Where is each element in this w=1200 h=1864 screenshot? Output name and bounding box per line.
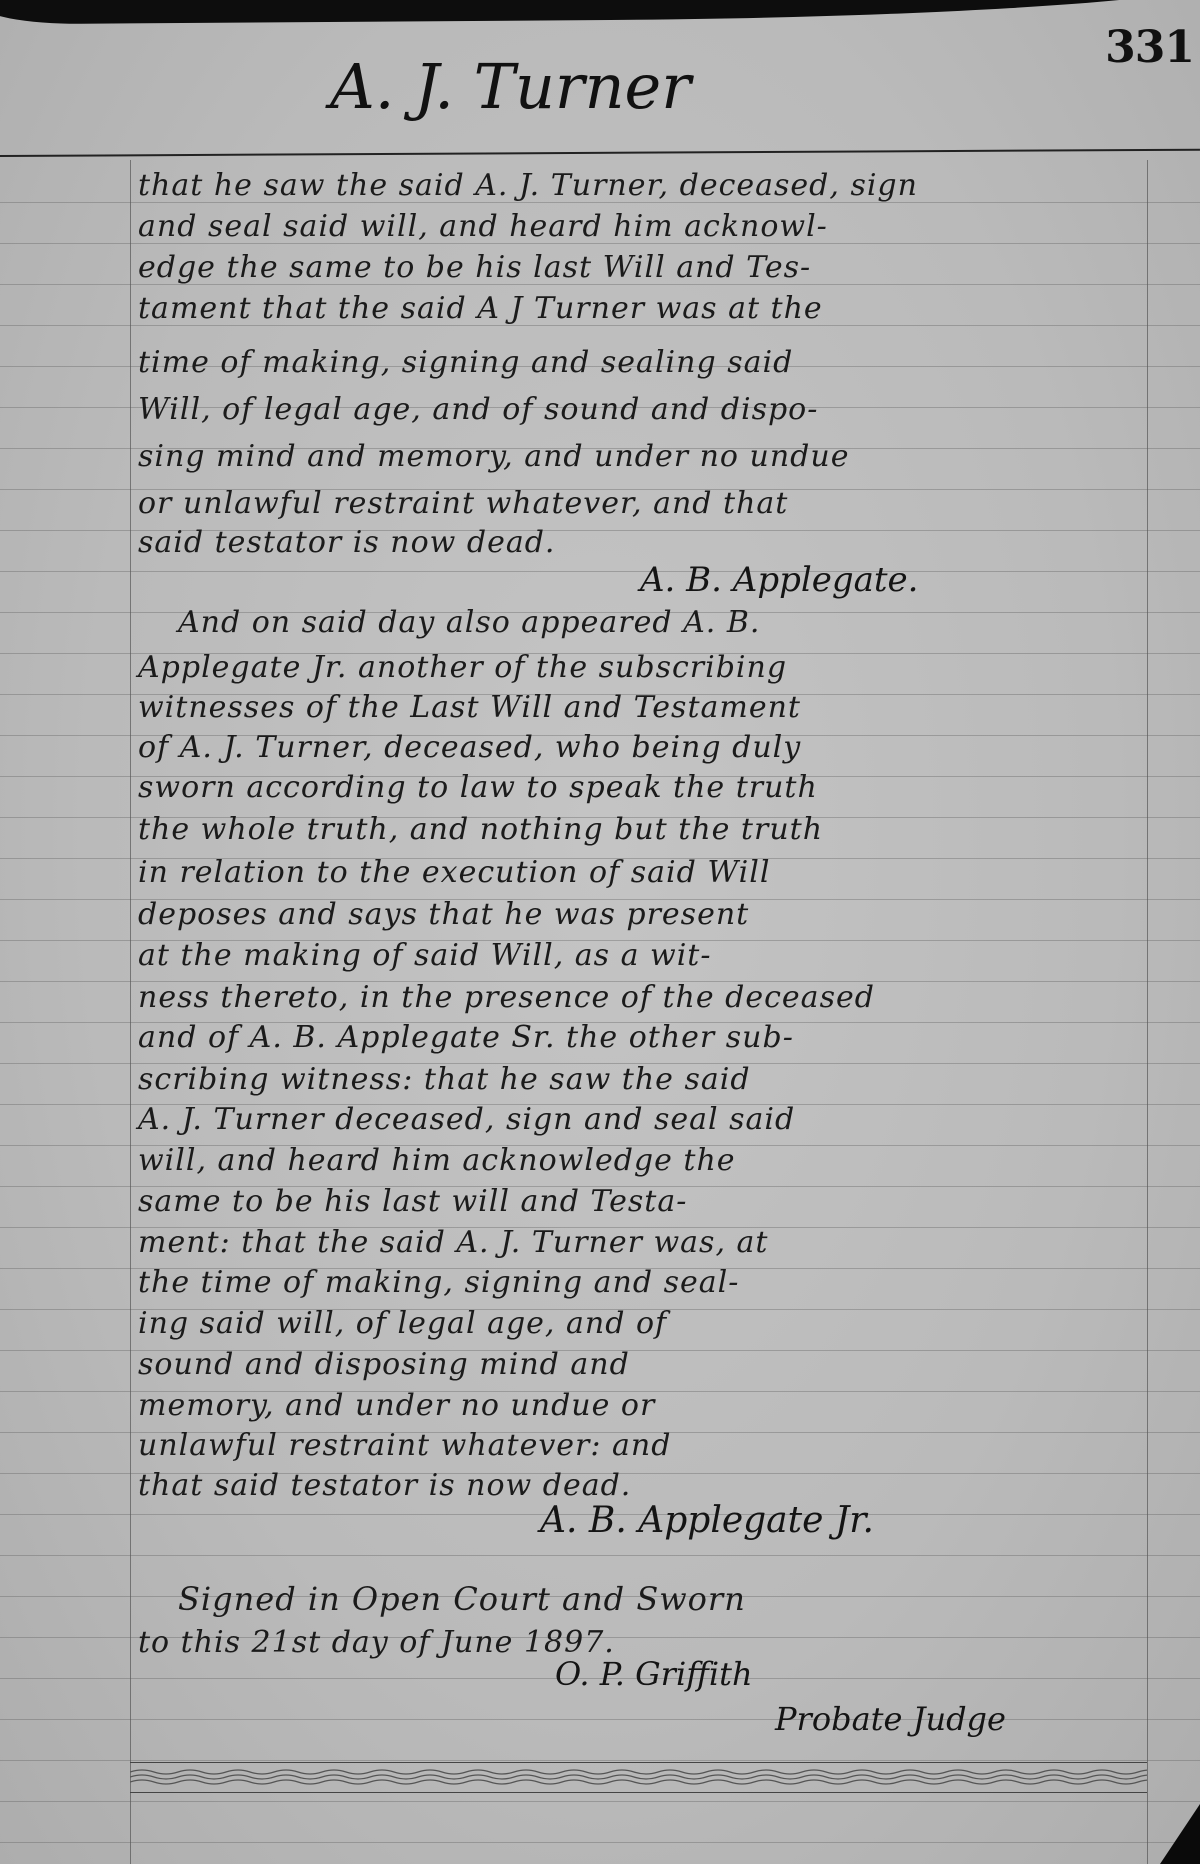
body-line: scribing witness: that he saw the said xyxy=(138,1062,1148,1097)
body-line: the time of making, signing and seal- xyxy=(138,1265,1148,1300)
witness-signature-2: A. B. Applegate Jr. xyxy=(540,1500,874,1541)
body-line: edge the same to be his last Will and Te… xyxy=(138,250,1148,285)
closing-rule-bottom xyxy=(130,1792,1147,1793)
body-line: tament that the said A J Turner was at t… xyxy=(138,291,1148,326)
body-line: witnesses of the Last Will and Testament xyxy=(138,690,1148,725)
ruled-line xyxy=(0,1801,1200,1802)
body-line: of A. J. Turner, deceased, who being dul… xyxy=(138,730,1148,765)
body-line: memory, and under no undue or xyxy=(138,1388,1148,1423)
judge-signature: O. P. Griffith xyxy=(555,1655,753,1693)
body-line: the whole truth, and nothing but the tru… xyxy=(138,812,1148,847)
witness-signature-1: A. B. Applegate. xyxy=(640,560,918,600)
body-line: Applegate Jr. another of the subscribing xyxy=(138,650,1148,685)
body-line: deposes and says that he was present xyxy=(138,897,1148,932)
body-line: in relation to the execution of said Wil… xyxy=(138,855,1148,890)
judge-title: Probate Judge xyxy=(775,1700,1006,1738)
body-line: ing said will, of legal age, and of xyxy=(138,1306,1148,1341)
ruled-line xyxy=(0,1760,1200,1761)
ledger-page: 331 A. J. Turner that he saw the said A.… xyxy=(0,0,1200,1864)
body-line: And on said day also appeared A. B. xyxy=(138,605,1188,640)
body-line: that he saw the said A. J. Turner, decea… xyxy=(138,168,1148,203)
body-line: sound and disposing mind and xyxy=(138,1347,1148,1382)
wavy-rule-icon xyxy=(130,1766,1147,1786)
header-rule xyxy=(0,149,1200,157)
body-line: that said testator is now dead. xyxy=(138,1468,1148,1503)
body-line: unlawful restraint whatever: and xyxy=(138,1428,1148,1463)
body-line: at the making of said Will, as a wit- xyxy=(138,938,1148,973)
body-line: will, and heard him acknowledge the xyxy=(138,1143,1148,1178)
body-line: ment: that the said A. J. Turner was, at xyxy=(138,1225,1148,1260)
binding-shadow xyxy=(0,0,1200,24)
body-line: time of making, signing and sealing said xyxy=(138,345,1148,380)
body-line: Will, of legal age, and of sound and dis… xyxy=(138,392,1148,427)
body-line: sing mind and memory, and under no undue xyxy=(138,439,1148,474)
ruled-line xyxy=(0,1842,1200,1843)
body-line: A. J. Turner deceased, sign and seal sai… xyxy=(138,1102,1148,1137)
body-line: or unlawful restraint whatever, and that xyxy=(138,486,1148,521)
closing-rule-block xyxy=(130,1762,1147,1796)
body-line: sworn according to law to speak the trut… xyxy=(138,770,1148,805)
closing-rule-top xyxy=(130,1762,1147,1763)
left-margin-line xyxy=(130,160,131,1864)
body-line: and seal said will, and heard him acknow… xyxy=(138,209,1148,244)
body-line: ness thereto, in the presence of the dec… xyxy=(138,980,1148,1015)
ruled-line xyxy=(0,1555,1200,1556)
jurat-line-1: Signed in Open Court and Sworn xyxy=(138,1580,1188,1618)
body-line: same to be his last will and Testa- xyxy=(138,1184,1148,1219)
ruled-line xyxy=(0,1719,1200,1720)
page-number: 331 xyxy=(1105,22,1194,73)
ruled-line xyxy=(0,571,1200,572)
page-corner-shadow xyxy=(1160,1804,1200,1864)
body-line: and of A. B. Applegate Sr. the other sub… xyxy=(138,1020,1148,1055)
body-line: said testator is now dead. xyxy=(138,525,1148,560)
page-title: A. J. Turner xyxy=(330,50,691,123)
